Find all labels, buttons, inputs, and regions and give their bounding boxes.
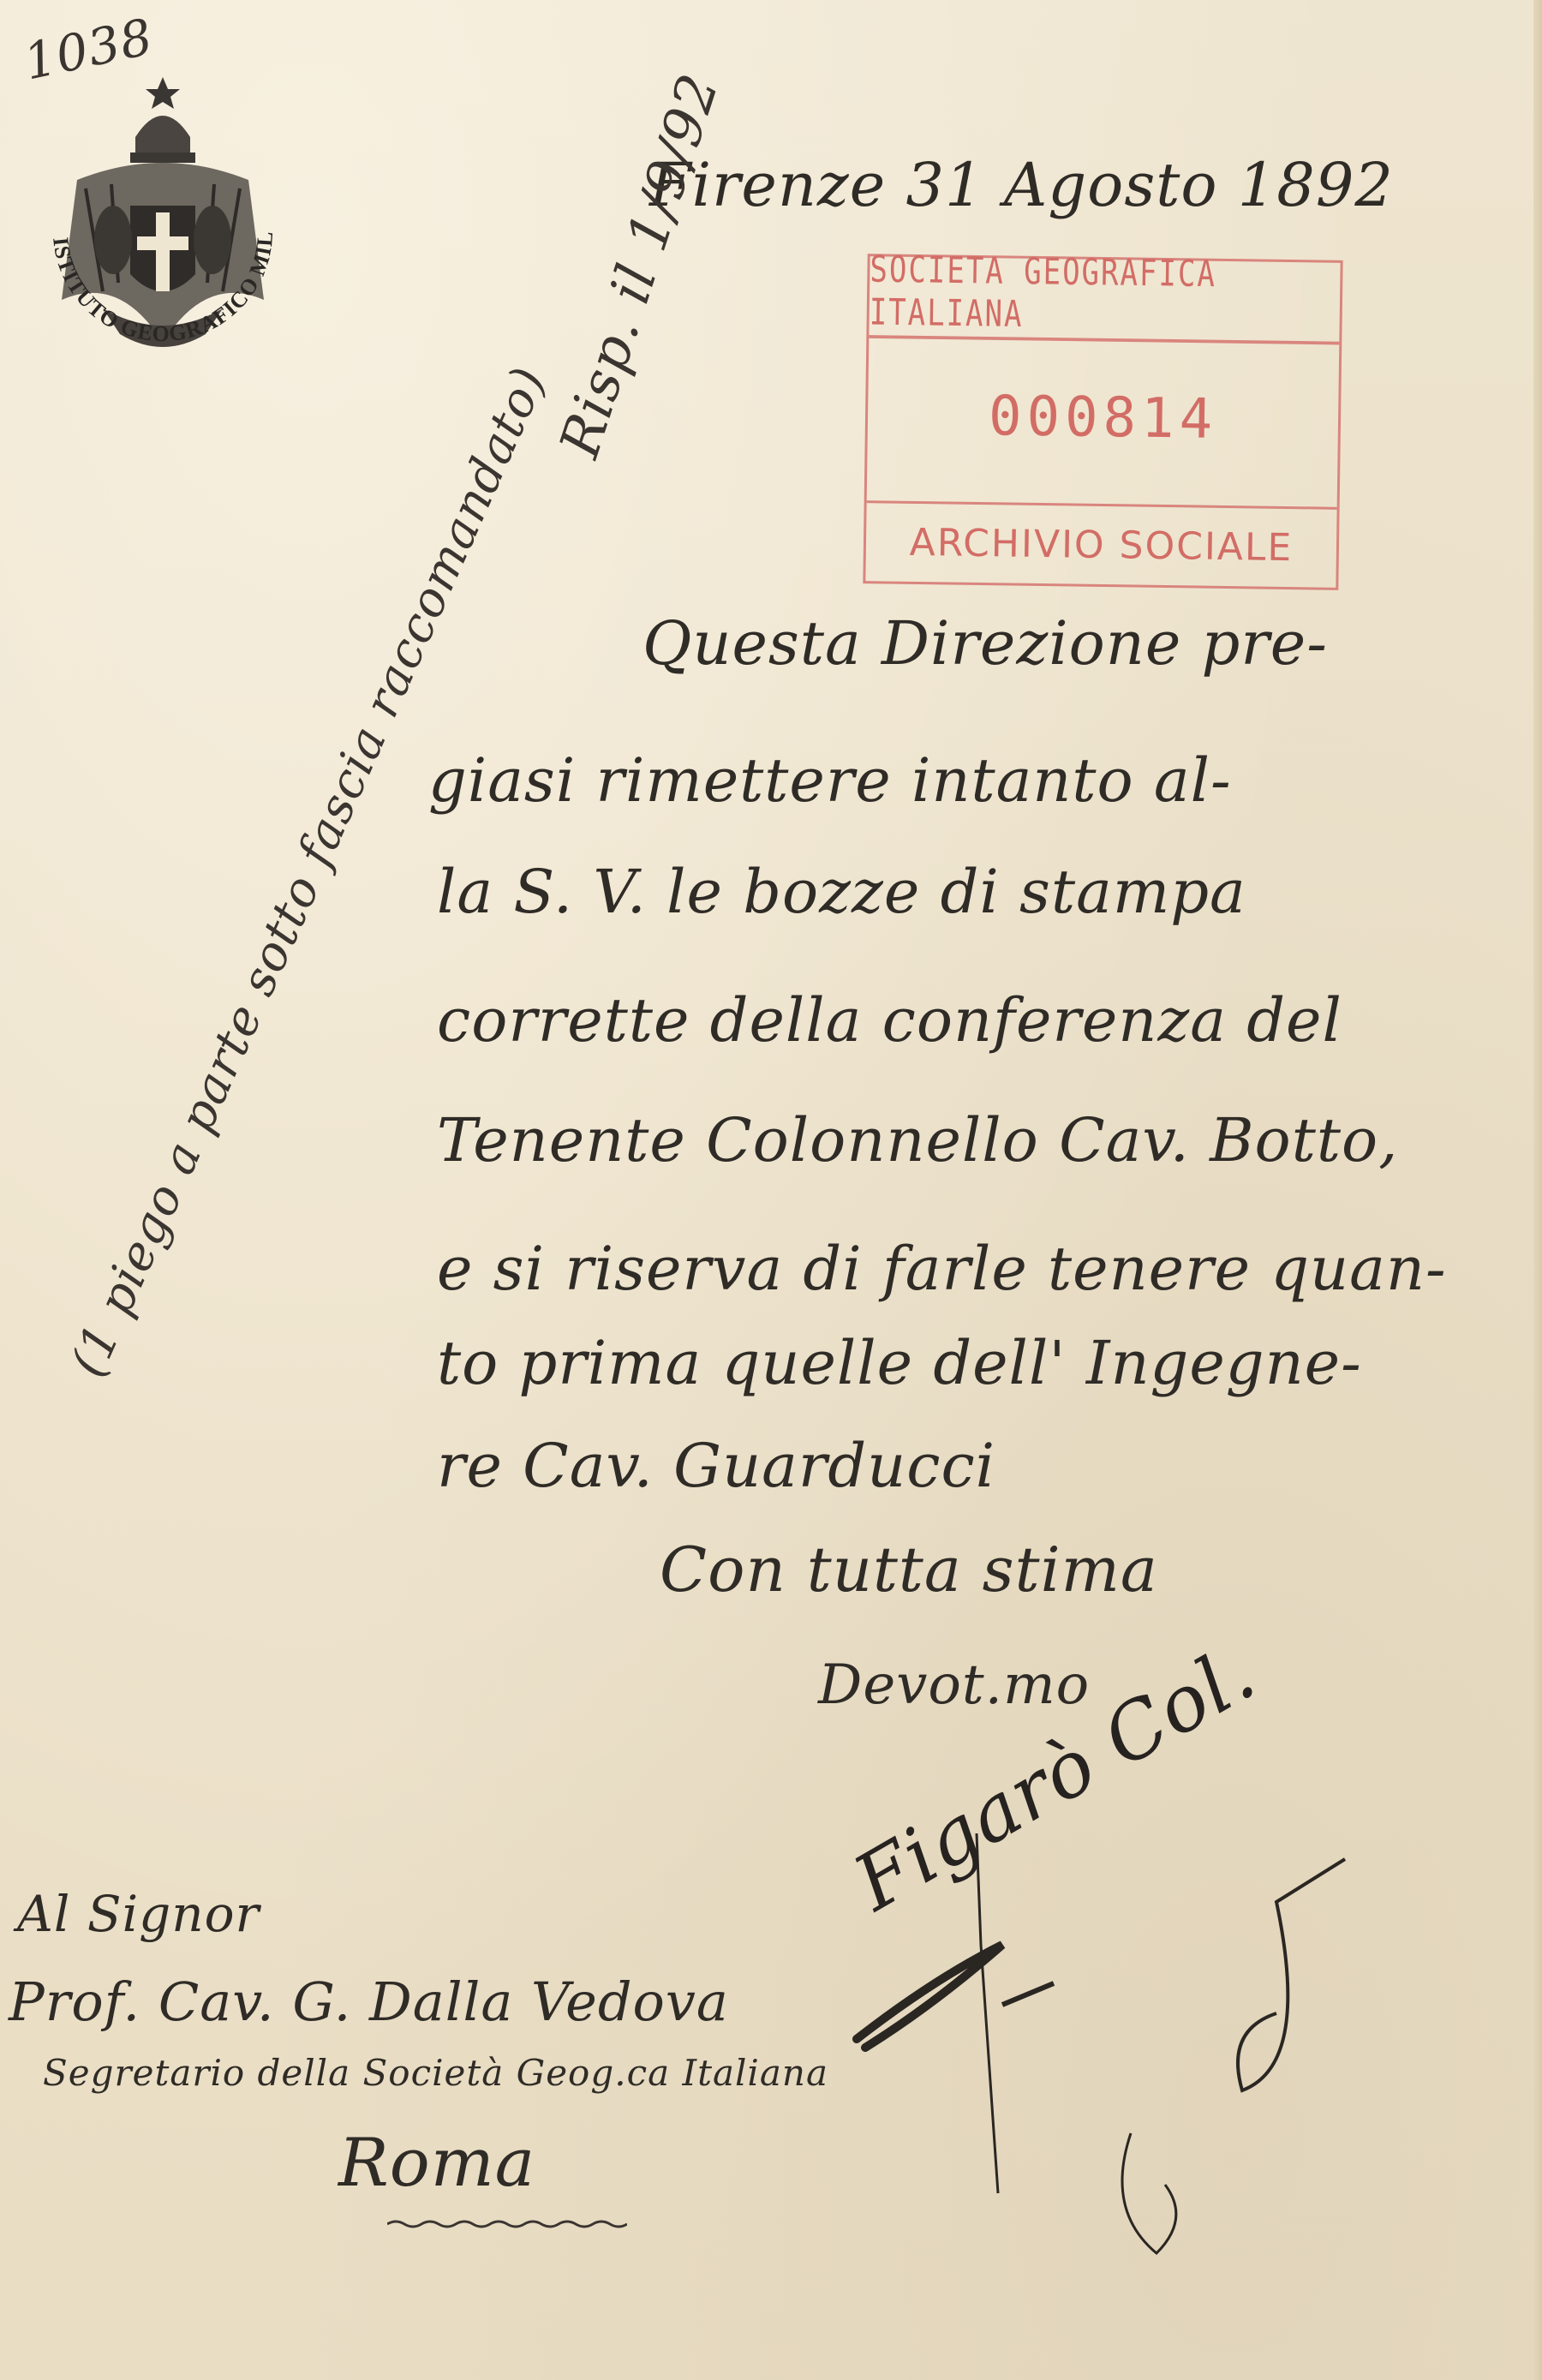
address-name: Prof. Cav. G. Dalla Vedova (9, 1970, 729, 2033)
body-line: la S. V. le bozze di stampa (437, 857, 1246, 927)
body-line: giasi rimettere intanto al- (428, 745, 1232, 816)
paper-edge (1533, 0, 1542, 2380)
address-salutation: Al Signor (17, 1885, 260, 1943)
body-line: corrette della conferenza del (437, 985, 1342, 1055)
stamp-header: SOCIETA GEOGRAFICA ITALIANA (869, 248, 1340, 345)
date-line: Firenze 31 Agosto 1892 (649, 150, 1394, 220)
address-city: Roma (338, 2125, 535, 2202)
city-underline (387, 2219, 627, 2229)
royal-coat-of-arms-icon: ISTITUTO GEOGRAFICO MILITARE (34, 60, 291, 394)
body-line: Questa Direzione pre- (642, 608, 1328, 679)
body-line: to prima quelle dell' Ingegne- (437, 1328, 1362, 1398)
body-line: re Cav. Guarducci (437, 1431, 995, 1501)
address-title: Segretario della Società Geog.ca Italian… (43, 2052, 828, 2094)
body-line: Tenente Colonnello Cav. Botto, (437, 1105, 1398, 1175)
letterhead-crest: ISTITUTO GEOGRAFICO MILITARE (34, 60, 291, 394)
valediction: Devot.mo (818, 1653, 1090, 1717)
stamp-footer: ARCHIVIO SOCIALE (865, 503, 1336, 587)
body-line: e si riserva di farle tenere quan- (437, 1234, 1447, 1304)
closing-phrase: Con tutta stima (660, 1534, 1158, 1606)
archive-stamp: SOCIETA GEOGRAFICA ITALIANA 000814 ARCHI… (863, 254, 1342, 590)
stamp-number: 000814 (867, 329, 1340, 510)
